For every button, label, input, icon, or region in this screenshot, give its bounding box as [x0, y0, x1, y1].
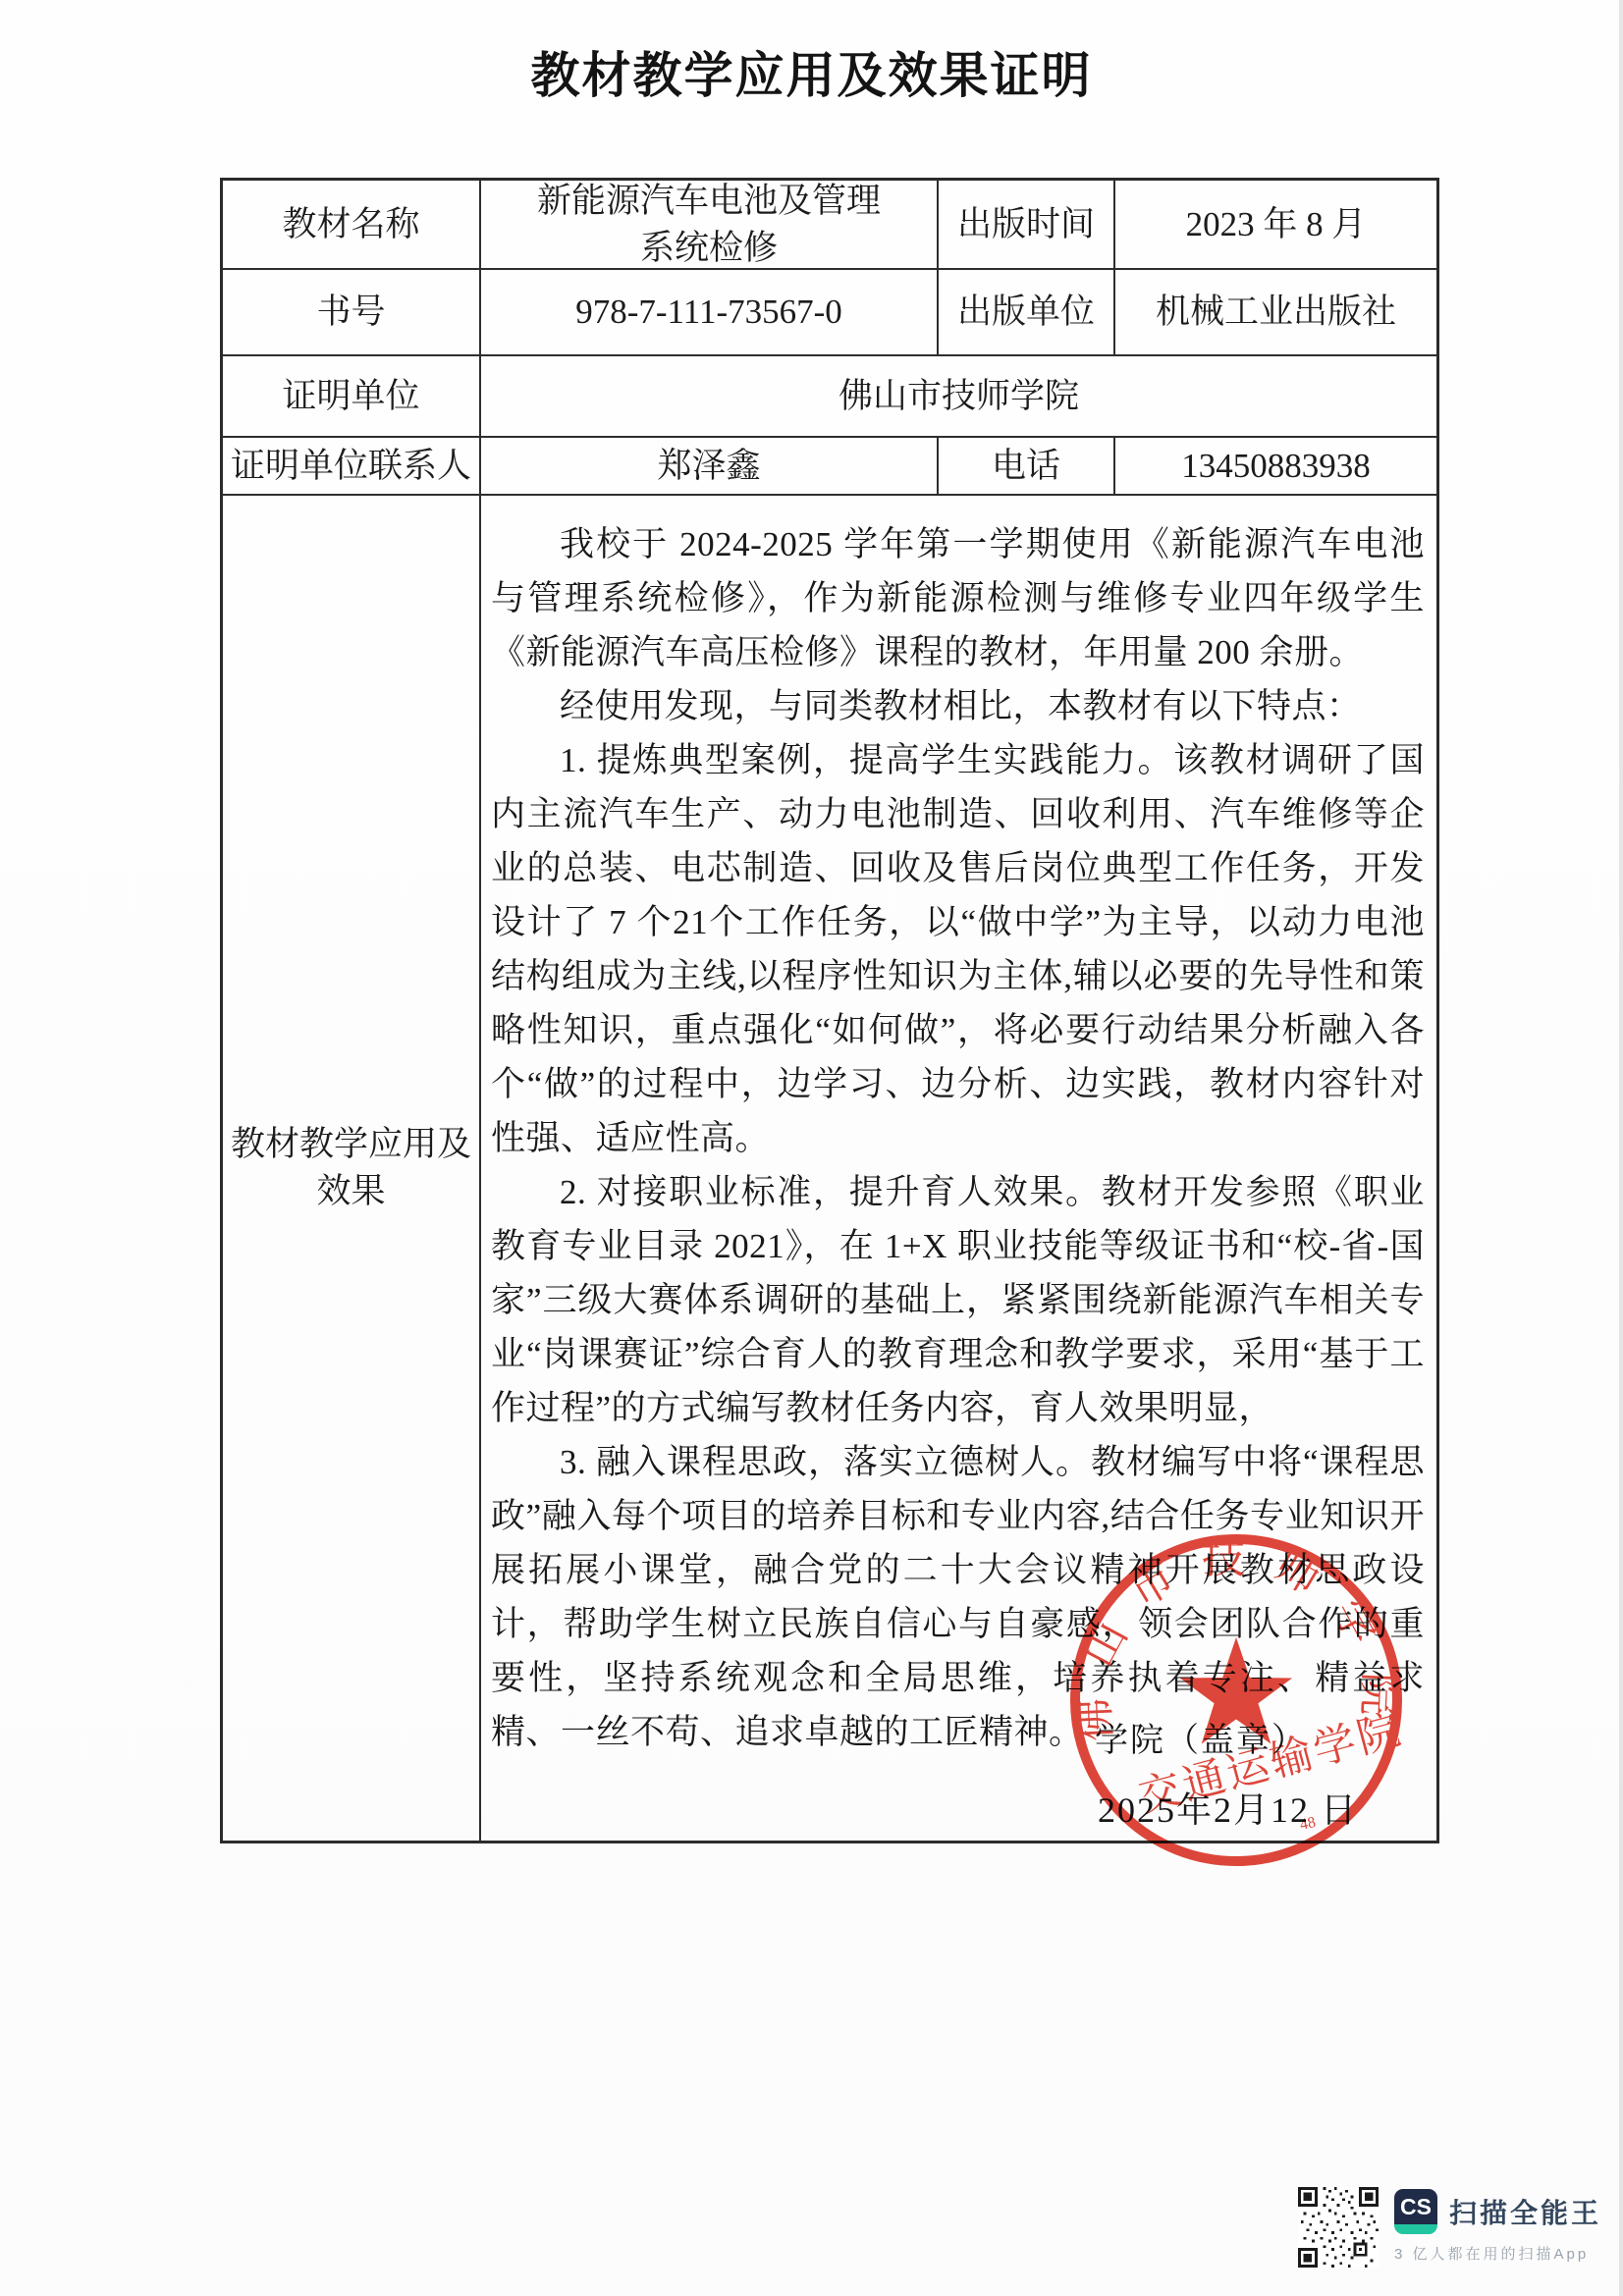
cs-logo-letters: CS [1394, 2189, 1437, 2224]
certifier-value: 佛山市技师学院 [481, 356, 1436, 438]
phone-label: 电话 [939, 438, 1115, 496]
app-name: 扫描全能王 [1449, 2192, 1601, 2231]
textbook-name-line1: 新能源汽车电池及管理 [537, 178, 881, 225]
effect-label-line2: 效果 [316, 1168, 385, 1215]
isbn-value: 978-7-111-73567-0 [481, 270, 939, 356]
effect-paragraph: 1. 提炼典型案例，提高学生实践能力。该教材调研了国内主流汽车生产、动力电池制造… [491, 733, 1425, 1165]
publish-time-value: 2023 年 8 月 [1115, 181, 1436, 270]
isbn-label: 书号 [223, 270, 481, 356]
signature-date: 2025年2月12 日 [1098, 1787, 1358, 1834]
effect-content-cell: 我校于 2024-2025 学年第一学期使用《新能源汽车电池与管理系统检修》，作… [481, 496, 1436, 1841]
document-page: 教材教学应用及效果证明 教材名称 新能源汽车电池及管理 系统检修 出版时间 20… [0, 0, 1623, 2296]
app-tagline: 3 亿人都在用的扫描App [1394, 2243, 1601, 2264]
qr-code-icon [1298, 2187, 1379, 2268]
watermark-text-block: CS 扫描全能王 3 亿人都在用的扫描App [1394, 2189, 1601, 2268]
textbook-name-label: 教材名称 [223, 181, 481, 270]
signature-line: 学院（盖章） [1095, 1718, 1307, 1765]
effect-label-line1: 教材教学应用及 [231, 1121, 471, 1168]
contact-label: 证明单位联系人 [223, 438, 481, 496]
effect-label: 教材教学应用及 效果 [223, 496, 481, 1841]
scan-edge-artifact [1619, 0, 1623, 2296]
certificate-table: 教材名称 新能源汽车电池及管理 系统检修 出版时间 2023 年 8 月 书号 … [220, 178, 1439, 1843]
page-title: 教材教学应用及效果证明 [0, 47, 1623, 104]
contact-value: 郑泽鑫 [481, 438, 939, 496]
textbook-name-value: 新能源汽车电池及管理 系统检修 [481, 181, 939, 270]
publish-time-label: 出版时间 [939, 181, 1115, 270]
effect-text: 我校于 2024-2025 学年第一学期使用《新能源汽车电池与管理系统检修》，作… [481, 496, 1436, 1759]
publisher-value: 机械工业出版社 [1115, 270, 1436, 356]
effect-paragraph: 2. 对接职业标准，提升育人效果。教材开发参照《职业教育专业目录 2021》，在… [491, 1165, 1425, 1435]
certifier-label: 证明单位 [223, 356, 481, 438]
textbook-name-line2: 系统检修 [640, 225, 778, 272]
scanner-watermark: CS 扫描全能王 3 亿人都在用的扫描App [1298, 2181, 1601, 2268]
phone-value: 13450883938 [1115, 438, 1436, 496]
camscanner-logo-icon: CS [1394, 2189, 1437, 2234]
effect-paragraph: 3. 融入课程思政，落实立德树人。教材编写中将“课程思政”融入每个项目的培养目标… [491, 1435, 1425, 1759]
cs-logo-teal-bar [1394, 2224, 1437, 2234]
effect-paragraph: 经使用发现，与同类教材相比，本教材有以下特点： [491, 679, 1425, 733]
publisher-label: 出版单位 [939, 270, 1115, 356]
effect-paragraph: 我校于 2024-2025 学年第一学期使用《新能源汽车电池与管理系统检修》，作… [491, 517, 1425, 679]
